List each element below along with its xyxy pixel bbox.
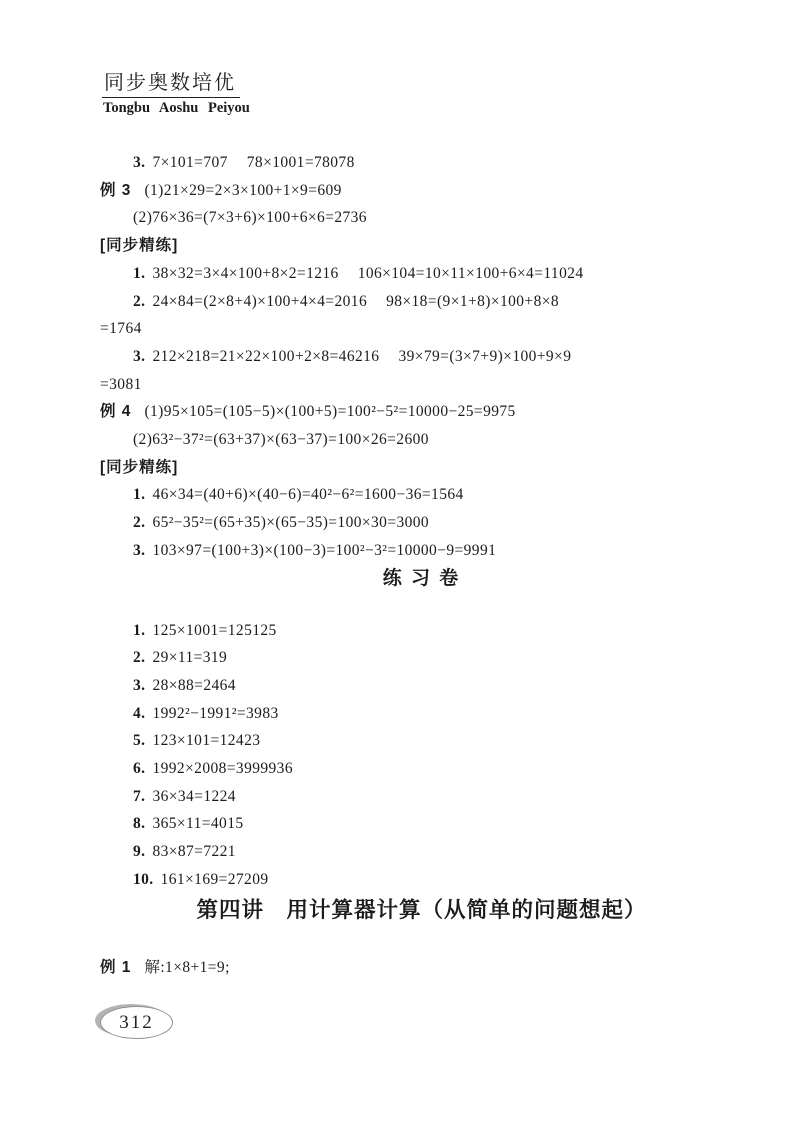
answer-line-label: 3. (133, 348, 145, 365)
header-title-cn: 同步奥数培优 (102, 70, 240, 98)
answer-line: 例 3(1)21×29=2×3×100+1×9=609 (100, 177, 743, 205)
answer-line: 3.212×218=21×22×100+2×8=4621639×79=(3×7+… (133, 343, 743, 371)
answer-line-formula: 24×84=(2×8+4)×100+4×4=2016 (152, 293, 367, 310)
answer-line-formula: 103×97=(100+3)×(100−3)=100²−3²=10000−9=9… (152, 542, 496, 559)
answer-line: [同步精练] (100, 454, 743, 482)
practice-item-number: 2. (133, 649, 145, 666)
practice-item-number: 1. (133, 622, 145, 639)
lecture-heading: 第四讲 用计算器计算（从简单的问题想起） (100, 895, 743, 925)
answer-line: 2.65²−35²=(65+35)×(65−35)=100×30=3000 (133, 509, 743, 537)
practice-item-formula: 1992×2008=3999936 (152, 760, 293, 777)
answer-line-label: 3. (133, 154, 145, 171)
answer-line: 1.38×32=3×4×100+8×2=1216106×104=10×11×10… (133, 260, 743, 288)
practice-item-number: 6. (133, 760, 145, 777)
answer-line-label: 1. (133, 265, 145, 282)
answer-line-formula: (2)76×36=(7×3+6)×100+6×6=2736 (133, 209, 367, 226)
practice-item-formula: 29×11=319 (152, 649, 227, 666)
practice-item-number: 9. (133, 843, 145, 860)
practice-item-number: 8. (133, 815, 145, 832)
practice-answer-item: 7.36×34=1224 (133, 783, 743, 811)
practice-answer-item: 5.123×101=12423 (133, 727, 743, 755)
practice-answer-item: 10.161×169=27209 (133, 866, 743, 894)
practice-item-number: 4. (133, 705, 145, 722)
answer-line-formula: 38×32=3×4×100+8×2=1216 (152, 265, 338, 282)
answer-line-formula: (1)95×105=(105−5)×(100+5)=100²−5²=10000−… (144, 403, 515, 420)
answer-line: 1.46×34=(40+6)×(40−6)=40²−6²=1600−36=156… (133, 481, 743, 509)
practice-section-heading: 练 习 卷 (100, 566, 743, 592)
answer-line: (2)63²−37²=(63+37)×(63−37)=100×26=2600 (133, 426, 743, 454)
header-title-pinyin: Tongbu Aoshu Peiyou (103, 98, 252, 118)
example-1-label: 例 1 (100, 959, 131, 976)
answer-line-formula: 65²−35²=(65+35)×(65−35)=100×30=3000 (152, 514, 429, 531)
answer-line-formula: 212×218=21×22×100+2×8=46216 (152, 348, 379, 365)
book-page: 同步奥数培优 Tongbu Aoshu Peiyou 3.7×101=70778… (0, 0, 799, 981)
practice-item-formula: 28×88=2464 (152, 677, 235, 694)
answer-line-formula: =3081 (100, 376, 142, 393)
answer-line: 例 4(1)95×105=(105−5)×(100+5)=100²−5²=100… (100, 398, 743, 426)
page-header: 同步奥数培优 Tongbu Aoshu Peiyou (102, 70, 252, 118)
practice-answer-item: 6.1992×2008=3999936 (133, 755, 743, 783)
answer-line: 2.24×84=(2×8+4)×100+4×4=201698×18=(9×1+8… (133, 288, 743, 316)
practice-item-formula: 123×101=12423 (152, 732, 260, 749)
page-number: 312 (119, 1012, 154, 1034)
answer-line-formula: =1764 (100, 320, 142, 337)
answer-line-label: [同步精练] (100, 237, 178, 254)
answers-section: 3.7×101=70778×1001=78078 例 3(1)21×29=2×3… (100, 149, 743, 565)
answer-line: (2)76×36=(7×3+6)×100+6×6=2736 (133, 204, 743, 232)
practice-item-formula: 365×11=4015 (152, 815, 243, 832)
answer-line-formula-2: 98×18=(9×1+8)×100+8×8 (386, 293, 559, 310)
practice-item-formula: 36×34=1224 (152, 788, 235, 805)
practice-item-number: 5. (133, 732, 145, 749)
answer-line-formula: 7×101=707 (152, 154, 227, 171)
answer-line-formula: (1)21×29=2×3×100+1×9=609 (144, 182, 341, 199)
answer-line-formula: (2)63²−37²=(63+37)×(63−37)=100×26=2600 (133, 431, 429, 448)
practice-item-number: 3. (133, 677, 145, 694)
example-1-line: 例 1解:1×8+1=9; (100, 954, 743, 982)
answer-line-label: 例 3 (100, 182, 131, 199)
practice-item-formula: 1992²−1991²=3983 (152, 705, 278, 722)
practice-item-formula: 161×169=27209 (161, 871, 269, 888)
page-number-badge: 312 (100, 1006, 173, 1039)
answer-line-formula-2: 39×79=(3×7+9)×100+9×9 (398, 348, 571, 365)
practice-answer-item: 8.365×11=4015 (133, 810, 743, 838)
example-1-formula: 解:1×8+1=9; (144, 959, 229, 976)
practice-item-number: 7. (133, 788, 145, 805)
answer-line: =3081 (100, 371, 743, 399)
answer-line-label: 例 4 (100, 403, 131, 420)
answer-line: 3.7×101=70778×1001=78078 (133, 149, 743, 177)
practice-item-formula: 125×1001=125125 (152, 622, 276, 639)
answer-line-label: 1. (133, 486, 145, 503)
answer-line: =1764 (100, 315, 743, 343)
answer-line-formula-2: 106×104=10×11×100+6×4=11024 (358, 265, 584, 282)
practice-answer-item: 9.83×87=7221 (133, 838, 743, 866)
answer-line-label: [同步精练] (100, 459, 178, 476)
answer-line-label: 3. (133, 542, 145, 559)
practice-answer-item: 1.125×1001=125125 (133, 617, 743, 645)
practice-answer-item: 4.1992²−1991²=3983 (133, 700, 743, 728)
practice-item-formula: 83×87=7221 (152, 843, 235, 860)
answer-line: 3.103×97=(100+3)×(100−3)=100²−3²=10000−9… (133, 537, 743, 565)
answer-line-label: 2. (133, 514, 145, 531)
answer-line-formula-2: 78×1001=78078 (247, 154, 355, 171)
answer-line-formula: 46×34=(40+6)×(40−6)=40²−6²=1600−36=1564 (152, 486, 463, 503)
practice-item-number: 10. (133, 871, 154, 888)
practice-answer-item: 2.29×11=319 (133, 644, 743, 672)
practice-answers-list: 1.125×1001=125125 2.29×11=319 3.28×88=24… (100, 617, 743, 894)
answer-line: [同步精练] (100, 232, 743, 260)
practice-answer-item: 3.28×88=2464 (133, 672, 743, 700)
answer-line-label: 2. (133, 293, 145, 310)
